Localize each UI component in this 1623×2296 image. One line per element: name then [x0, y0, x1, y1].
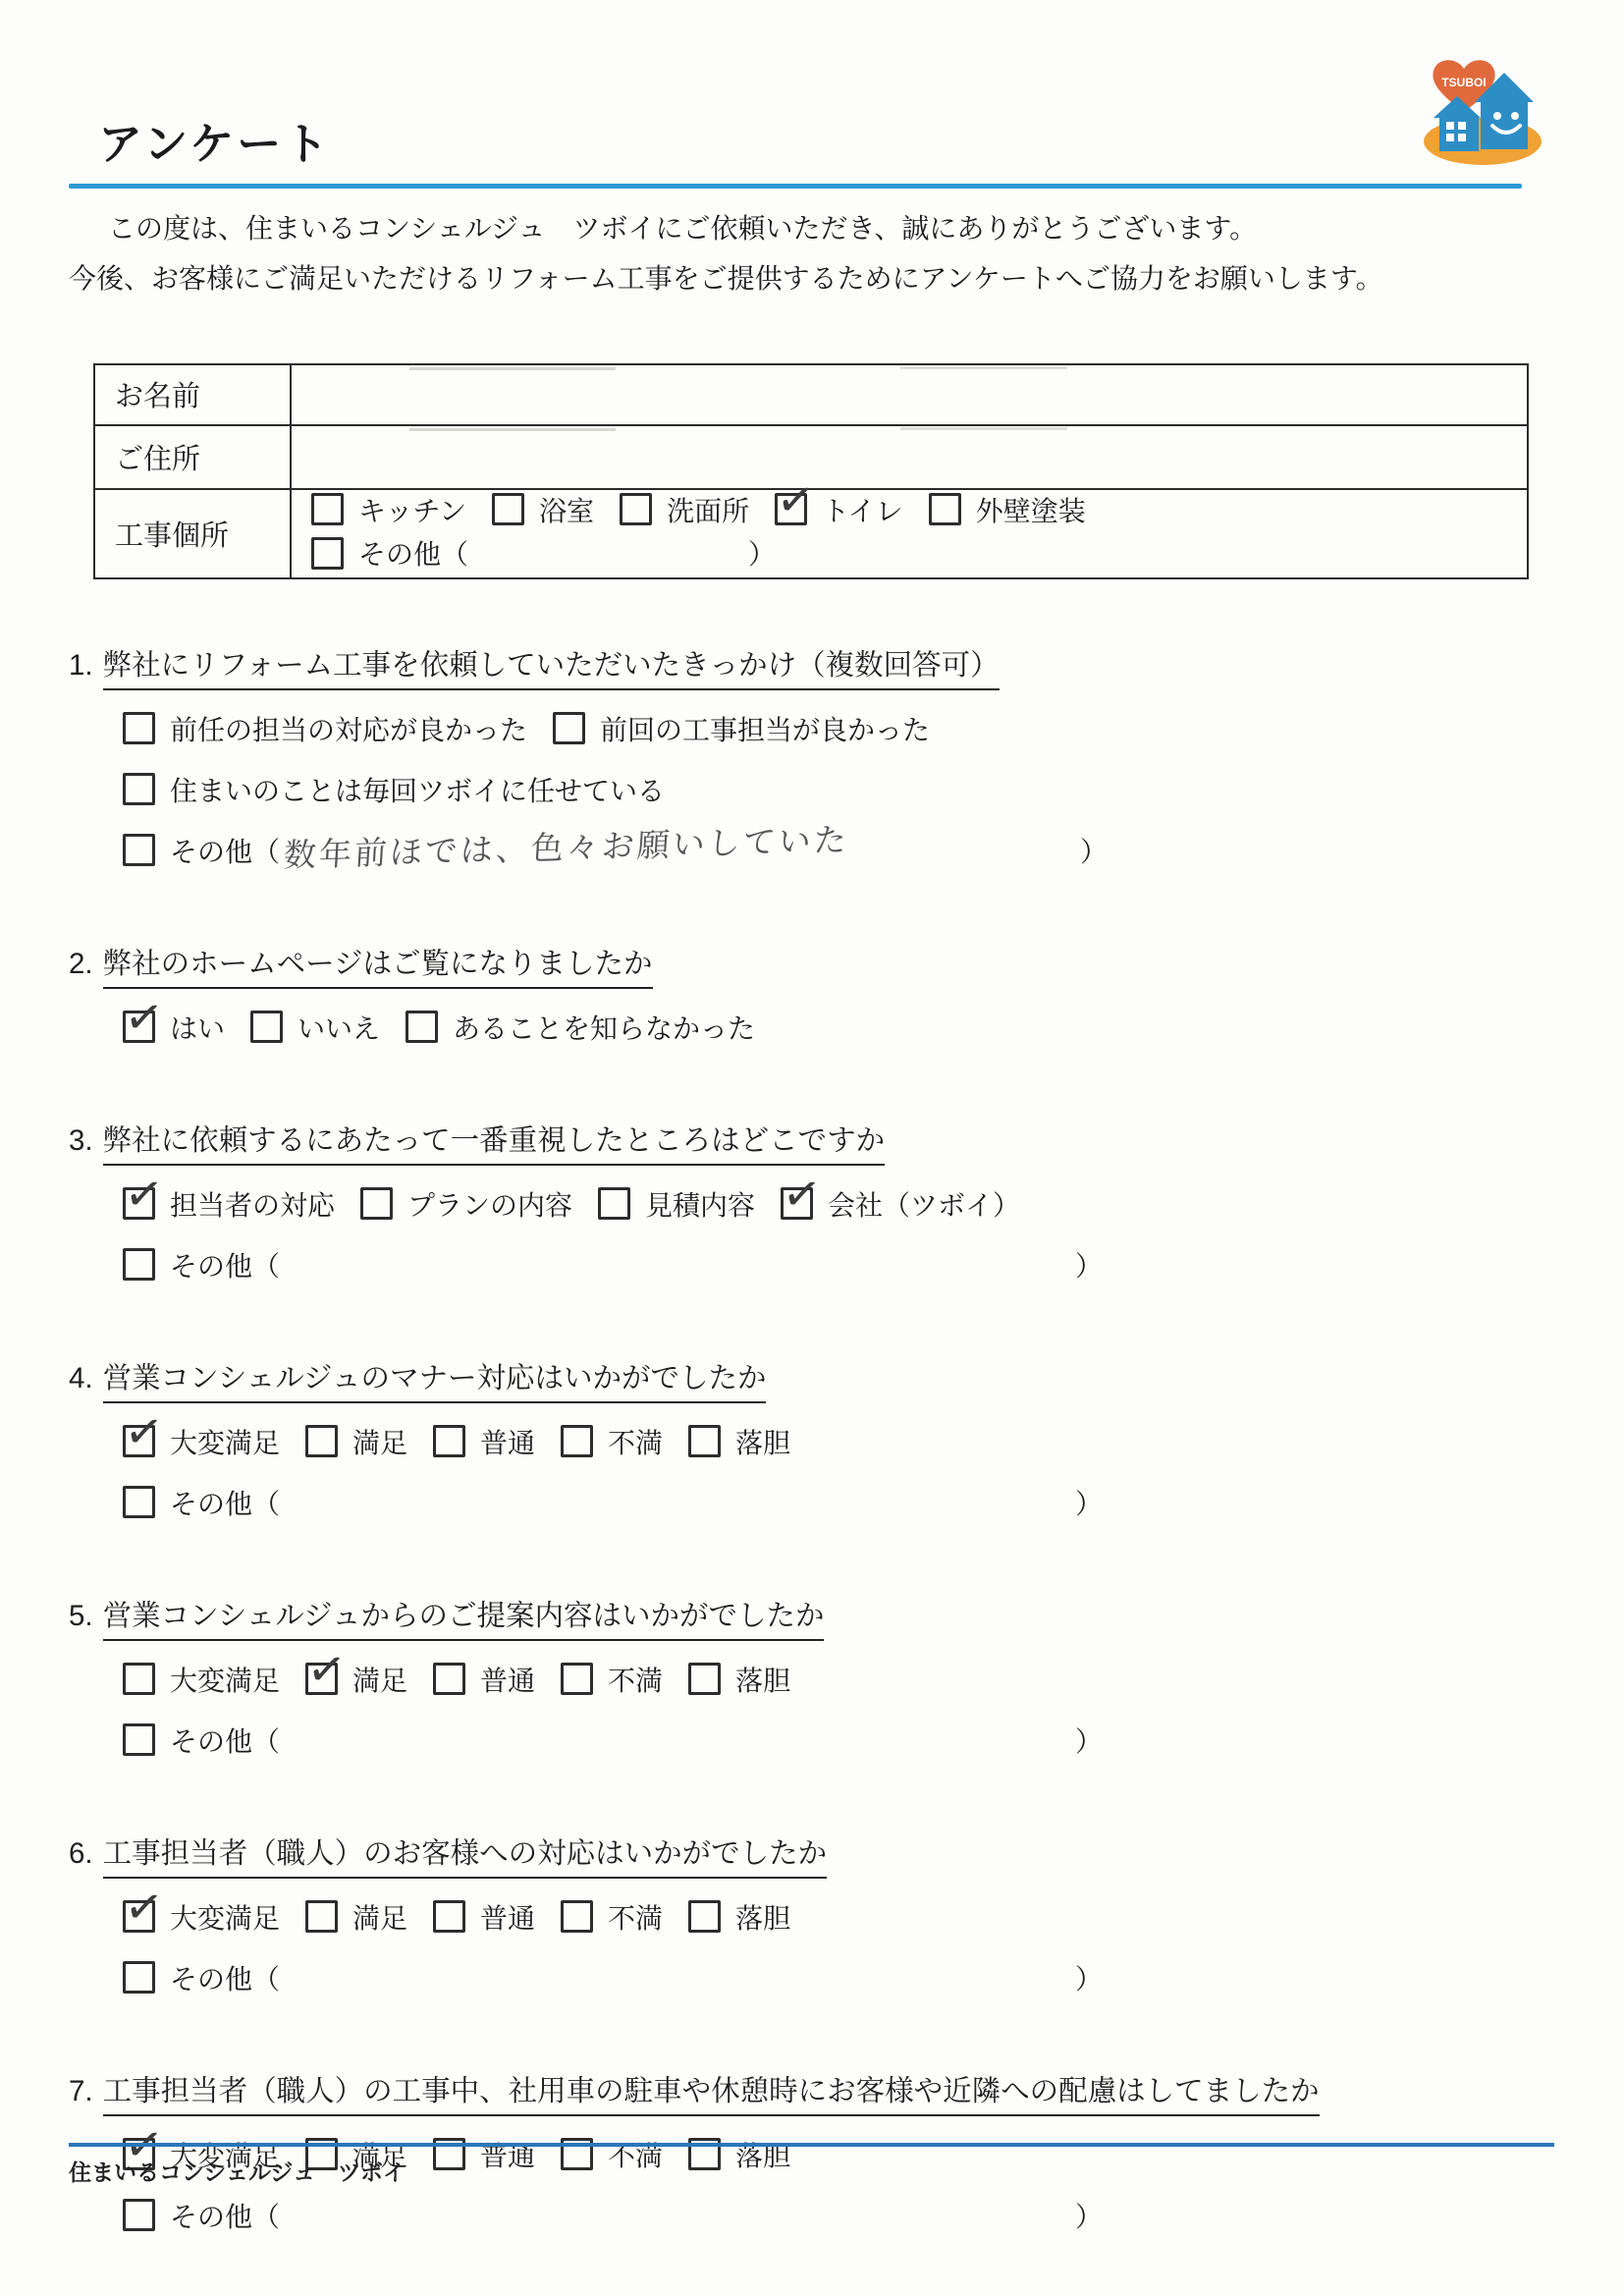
- question-heading: 3.弊社に依頼するにあたって一番重視したところはどこですか: [69, 1118, 1551, 1159]
- checkbox[interactable]: [929, 493, 961, 525]
- close-paren: ）: [748, 533, 776, 573]
- option-label: 外壁塗装: [976, 490, 1086, 529]
- option-label: キッチン: [358, 490, 466, 529]
- blank-write-in-space[interactable]: [280, 1498, 1075, 1507]
- checkbox[interactable]: [123, 1663, 155, 1695]
- question-title: 工事担当者（職人）の工事中、社用車の駐車や休憩時にお客様や近隣への配慮はしてまし…: [103, 2075, 1320, 2116]
- checkbox-checked[interactable]: ✓: [123, 1011, 155, 1043]
- checkbox[interactable]: [305, 1425, 338, 1457]
- checkbox[interactable]: [433, 1900, 465, 1933]
- name-label: お名前: [94, 364, 291, 425]
- checkbox-option[interactable]: 普通: [433, 1897, 535, 1937]
- checkbox[interactable]: [561, 1663, 593, 1695]
- option-label: いいえ: [298, 1008, 380, 1047]
- checkbox-option[interactable]: 見積内容: [598, 1184, 755, 1224]
- checkbox-option[interactable]: ✓満足: [305, 1660, 407, 1699]
- check-mark: ✓: [122, 1406, 166, 1456]
- checkbox[interactable]: [123, 712, 155, 744]
- checkbox-option[interactable]: ✓トイレ: [775, 490, 903, 529]
- intro-line-2: 今後、お客様にご満足いただけるリフォーム工事をご提供するためにアンケートへご協力…: [69, 254, 1551, 304]
- checkbox-checked[interactable]: ✓: [781, 1187, 813, 1220]
- checkbox-option[interactable]: その他（）: [123, 1958, 1103, 1997]
- option-label: 落胆: [735, 1660, 790, 1699]
- question-title: 工事担当者（職人）のお客様への対応はいかがでしたか: [103, 1837, 828, 1879]
- option-label: 大変満足: [170, 1660, 280, 1699]
- checkbox-option[interactable]: 落胆: [688, 1897, 790, 1937]
- option-label: 担当者の対応: [170, 1184, 335, 1224]
- question-heading: 4.営業コンシェルジュのマナー対応はいかがでしたか: [69, 1355, 1551, 1396]
- checkbox[interactable]: [250, 1011, 283, 1043]
- option-label: 大変満足: [170, 1897, 280, 1937]
- customer-info-table: お名前 ご住所 工事個所 キッチン浴室洗面所✓トイレ外壁塗装その他（）: [93, 363, 1529, 579]
- checkbox[interactable]: [433, 1663, 465, 1695]
- checkbox-checked[interactable]: ✓: [123, 1425, 155, 1457]
- checkbox-option[interactable]: ✓大変満足: [123, 1422, 280, 1461]
- option-row: ✓はいいいえあることを知らなかった: [123, 1004, 1551, 1051]
- checkbox[interactable]: [688, 1900, 721, 1933]
- question-number: 5.: [69, 1600, 93, 1632]
- option-label: はい: [170, 1008, 225, 1047]
- checkbox-checked[interactable]: ✓: [775, 493, 807, 525]
- address-label: ご住所: [94, 425, 291, 489]
- question-2: 2.弊社のホームページはご覧になりましたか✓はいいいえあることを知らなかった: [69, 941, 1551, 1051]
- option-label: その他（: [170, 831, 280, 870]
- address-row: ご住所: [94, 425, 1528, 489]
- option-label: 不満: [608, 1660, 663, 1699]
- footer: 住まいるコンシェルジュ ツボイ: [69, 2143, 1554, 2187]
- option-label: 普通: [480, 1422, 535, 1461]
- option-label: 前回の工事担当が良かった: [600, 709, 930, 748]
- worksite-row: 工事個所 キッチン浴室洗面所✓トイレ外壁塗装その他（）: [94, 489, 1528, 578]
- close-paren: ）: [1075, 2196, 1103, 2235]
- checkbox[interactable]: [561, 1425, 593, 1457]
- survey-page: アンケート TSUBOI: [0, 0, 1623, 2296]
- option-label: 普通: [480, 1660, 535, 1699]
- blank-write-in-space[interactable]: [280, 1973, 1075, 1983]
- option-row: その他（）: [123, 2192, 1551, 2239]
- checkbox-option[interactable]: 不満: [561, 1422, 663, 1461]
- option-row: その他（）: [123, 1241, 1551, 1288]
- option-label: 見積内容: [645, 1184, 755, 1224]
- checkbox-option[interactable]: その他（）: [123, 1721, 1103, 1760]
- blank-write-in-space[interactable]: [280, 1260, 1075, 1270]
- checkbox-option[interactable]: 不満: [561, 1660, 663, 1699]
- option-label: 落胆: [735, 1897, 790, 1937]
- address-field-blank[interactable]: [291, 425, 1528, 489]
- checkbox[interactable]: [123, 834, 155, 866]
- option-label: その他（: [170, 1958, 280, 1997]
- footer-company-name: 住まいるコンシェルジュ ツボイ: [69, 2155, 1554, 2187]
- question-heading: 5.営業コンシェルジュからのご提案内容はいかがでしたか: [69, 1593, 1551, 1634]
- question-1: 1.弊社にリフォーム工事を依頼していただいたきっかけ（複数回答可）前任の担当の対…: [69, 642, 1551, 874]
- option-label: その他（: [170, 1245, 280, 1285]
- tsuboi-logo-graphic: TSUBOI: [1418, 51, 1547, 173]
- question-title: 営業コンシェルジュからのご提案内容はいかがでしたか: [103, 1600, 825, 1641]
- question-number: 7.: [69, 2075, 93, 2107]
- checkbox[interactable]: [492, 493, 524, 525]
- worksite-label: 工事個所: [94, 489, 291, 578]
- checkbox-option[interactable]: あることを知らなかった: [406, 1008, 755, 1047]
- checkbox-option[interactable]: 普通: [433, 1660, 535, 1699]
- option-label: 会社（ツボイ）: [828, 1184, 1020, 1224]
- close-paren: ）: [1075, 1483, 1103, 1522]
- logo-text: TSUBOI: [1441, 76, 1486, 89]
- checkbox[interactable]: [620, 493, 652, 525]
- option-row: その他（）: [123, 1479, 1551, 1526]
- question-number: 6.: [69, 1837, 93, 1870]
- option-label: 不満: [608, 1897, 663, 1937]
- option-label: 浴室: [539, 490, 594, 529]
- checkbox[interactable]: [123, 2199, 155, 2231]
- checkbox-option[interactable]: 落胆: [688, 1660, 790, 1699]
- header: アンケート TSUBOI: [69, 108, 1551, 189]
- check-mark: ✓: [122, 1169, 166, 1219]
- question-heading: 2.弊社のホームページはご覧になりましたか: [69, 941, 1551, 982]
- checkbox-option[interactable]: その他（）: [123, 1483, 1103, 1522]
- question-number: 1.: [69, 649, 93, 682]
- checkbox[interactable]: [688, 1425, 721, 1457]
- footer-rule: [69, 2143, 1554, 2147]
- checkbox[interactable]: [561, 1900, 593, 1933]
- question-title: 営業コンシェルジュのマナー対応はいかがでしたか: [103, 1362, 767, 1403]
- option-row: 大変満足✓満足普通不満落胆: [123, 1656, 1551, 1703]
- option-label: プランの内容: [407, 1184, 572, 1224]
- checkbox-option[interactable]: ✓はい: [123, 1008, 225, 1047]
- checkbox[interactable]: [123, 1248, 155, 1281]
- check-mark: ✓: [780, 1169, 824, 1219]
- option-label: 普通: [480, 1897, 535, 1937]
- checkbox[interactable]: [598, 1187, 630, 1220]
- option-label: あることを知らなかった: [453, 1008, 755, 1047]
- checkbox-option[interactable]: その他（）: [123, 2196, 1103, 2235]
- house-eye: [1493, 112, 1501, 120]
- option-label: 住まいのことは毎回ツボイに任せている: [170, 770, 665, 809]
- question-3: 3.弊社に依頼するにあたって一番重視したところはどこですか✓担当者の対応プランの…: [69, 1118, 1551, 1288]
- page-title: アンケート: [98, 108, 1551, 172]
- close-paren: ）: [1075, 1245, 1103, 1285]
- option-row: その他（数年前ほでは、色々お願いしていた）: [123, 827, 1551, 874]
- checkbox-option[interactable]: 住まいのことは毎回ツボイに任せている: [123, 770, 665, 809]
- close-paren: ）: [1075, 1958, 1103, 1997]
- question-title: 弊社に依頼するにあたって一番重視したところはどこですか: [103, 1124, 886, 1166]
- checkbox-option[interactable]: 満足: [305, 1422, 407, 1461]
- worksite-options: キッチン浴室洗面所✓トイレ外壁塗装その他（）: [291, 489, 1528, 578]
- check-mark: ✓: [304, 1644, 349, 1694]
- checkbox-option[interactable]: 洗面所: [620, 490, 749, 529]
- blank-write-in-space[interactable]: [280, 1735, 1075, 1745]
- option-label: その他（: [170, 1483, 280, 1522]
- checkbox-option[interactable]: プランの内容: [360, 1184, 572, 1224]
- checkbox[interactable]: [123, 1961, 155, 1994]
- check-mark: ✓: [122, 1882, 166, 1932]
- option-label: その他（: [170, 2196, 280, 2235]
- checkbox-option[interactable]: その他（）: [311, 533, 776, 573]
- option-row: ✓担当者の対応プランの内容見積内容✓会社（ツボイ）: [123, 1180, 1551, 1228]
- house-eye: [1511, 112, 1519, 120]
- question-heading: 6.工事担当者（職人）のお客様への対応はいかがでしたか: [69, 1831, 1551, 1872]
- checkbox-checked[interactable]: ✓: [123, 1187, 155, 1220]
- close-paren: ）: [1080, 831, 1108, 870]
- option-label: 前任の担当の対応が良かった: [170, 709, 527, 748]
- name-field-blank[interactable]: [291, 364, 1528, 425]
- checkbox-option[interactable]: いいえ: [250, 1008, 380, 1047]
- option-label: その他（: [170, 1721, 280, 1760]
- checkbox-option[interactable]: 普通: [433, 1422, 535, 1461]
- option-label: 満足: [352, 1660, 407, 1699]
- question-6: 6.工事担当者（職人）のお客様への対応はいかがでしたか✓大変満足満足普通不満落胆…: [69, 1831, 1551, 2001]
- option-row: 前任の担当の対応が良かった前回の工事担当が良かった: [123, 705, 1551, 752]
- checkbox-checked[interactable]: ✓: [123, 1900, 155, 1933]
- checkbox-checked[interactable]: ✓: [305, 1663, 338, 1695]
- checkbox[interactable]: [123, 773, 155, 805]
- question-4: 4.営業コンシェルジュのマナー対応はいかがでしたか✓大変満足満足普通不満落胆その…: [69, 1355, 1551, 1526]
- question-title: 弊社のホームページはご覧になりましたか: [103, 948, 653, 989]
- checkbox-option[interactable]: 前回の工事担当が良かった: [553, 709, 930, 748]
- checkbox[interactable]: [305, 1900, 338, 1933]
- option-label: トイレ: [822, 490, 903, 529]
- check-mark: ✓: [122, 992, 166, 1042]
- option-label: その他（: [358, 533, 468, 573]
- checkbox[interactable]: [688, 1663, 721, 1695]
- option-label: 不満: [608, 1422, 663, 1461]
- blank-write-in-space[interactable]: [280, 2211, 1075, 2220]
- checkbox-option[interactable]: 前任の担当の対応が良かった: [123, 709, 527, 748]
- checkbox[interactable]: [553, 712, 585, 744]
- intro-line-1: この度は、住まいるコンシェルジュ ツボイにご依頼いただき、誠にありがとうございま…: [69, 204, 1551, 254]
- option-row: ✓大変満足満足普通不満落胆: [123, 1418, 1551, 1465]
- option-label: 満足: [352, 1422, 407, 1461]
- option-label: 洗面所: [667, 490, 749, 529]
- checkbox-option[interactable]: 外壁塗装: [929, 490, 1086, 529]
- checkbox[interactable]: [406, 1011, 438, 1043]
- checkbox-option[interactable]: 浴室: [492, 490, 594, 529]
- checkbox[interactable]: [123, 1723, 155, 1756]
- blank-write-in-space[interactable]: [468, 548, 748, 558]
- checkbox-option[interactable]: ✓会社（ツボイ）: [781, 1184, 1020, 1224]
- option-row: その他（）: [123, 1954, 1551, 2001]
- option-label: 大変満足: [170, 1422, 280, 1461]
- question-heading: 7.工事担当者（職人）の工事中、社用車の駐車や休憩時にお客様や近隣への配慮はして…: [69, 2068, 1551, 2109]
- checkbox-option[interactable]: ✓大変満足: [123, 1897, 280, 1937]
- checkbox-option[interactable]: その他（数年前ほでは、色々お願いしていた）: [123, 827, 1108, 873]
- checkbox[interactable]: [123, 1486, 155, 1518]
- question-number: 2.: [69, 948, 93, 980]
- checkbox[interactable]: [311, 537, 344, 570]
- title-rule: [69, 184, 1522, 189]
- checkbox-option[interactable]: キッチン: [311, 490, 466, 529]
- checkbox-option[interactable]: 満足: [305, 1897, 407, 1937]
- question-title: 弊社にリフォーム工事を依頼していただいたきっかけ（複数回答可）: [103, 649, 1000, 690]
- checkbox[interactable]: [311, 493, 344, 525]
- question-number: 4.: [69, 1362, 93, 1394]
- name-row: お名前: [94, 364, 1528, 425]
- question-number: 3.: [69, 1124, 93, 1157]
- question-5: 5.営業コンシェルジュからのご提案内容はいかがでしたか大変満足✓満足普通不満落胆…: [69, 1593, 1551, 1764]
- option-label: 満足: [352, 1897, 407, 1937]
- checkbox[interactable]: [360, 1187, 393, 1220]
- checkbox-option[interactable]: その他（）: [123, 1245, 1103, 1285]
- checkbox-option[interactable]: 落胆: [688, 1422, 790, 1461]
- checkbox-option[interactable]: 大変満足: [123, 1660, 280, 1699]
- close-paren: ）: [1075, 1721, 1103, 1760]
- option-row: その他（）: [123, 1717, 1551, 1764]
- checkbox[interactable]: [433, 1425, 465, 1457]
- option-row: ✓大変満足満足普通不満落胆: [123, 1893, 1551, 1941]
- option-label: 落胆: [735, 1422, 790, 1461]
- checkbox-option[interactable]: ✓担当者の対応: [123, 1184, 335, 1224]
- question-heading: 1.弊社にリフォーム工事を依頼していただいたきっかけ（複数回答可）: [69, 642, 1551, 683]
- checkbox-option[interactable]: 不満: [561, 1897, 663, 1937]
- option-row: 住まいのことは毎回ツボイに任せている: [123, 766, 1551, 813]
- handwritten-answer: 数年前ほでは、色々お願いしていた: [283, 808, 1085, 877]
- tsuboi-logo: TSUBOI: [1418, 51, 1547, 173]
- question-list: 1.弊社にリフォーム工事を依頼していただいたきっかけ（複数回答可）前任の担当の対…: [69, 642, 1551, 2239]
